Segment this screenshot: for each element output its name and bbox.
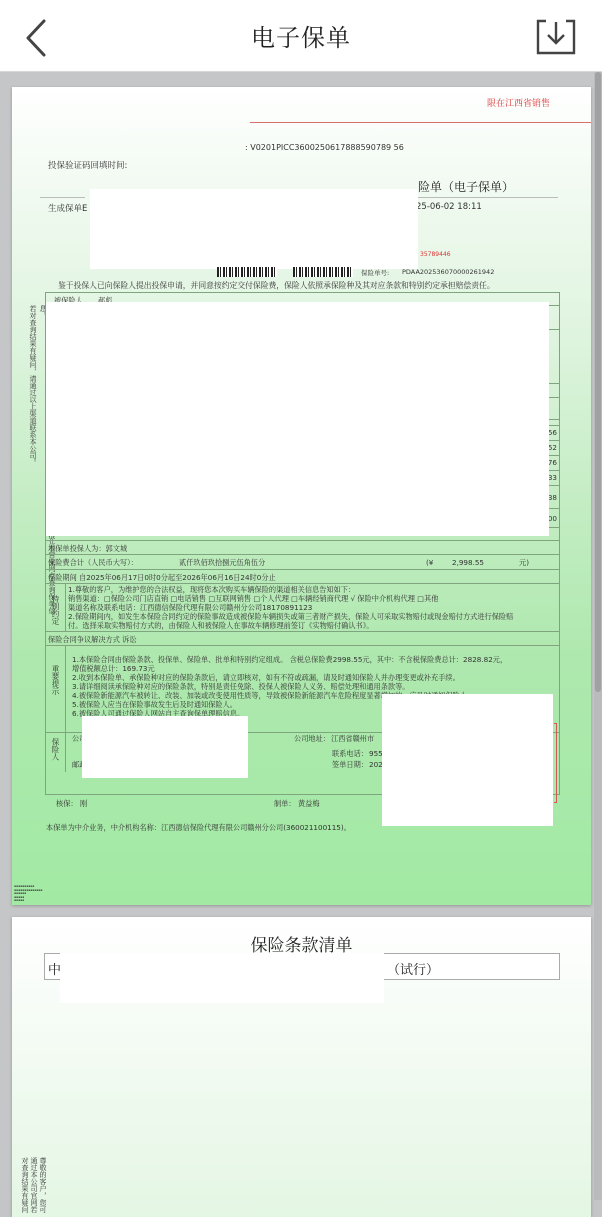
sale-region-note: 限在江西省销售 xyxy=(487,96,550,109)
scrollbar-thumb[interactable] xyxy=(595,72,601,692)
redaction-block xyxy=(60,953,384,1003)
maker-label: 制单： xyxy=(274,799,296,809)
barcode-icon xyxy=(293,267,353,277)
redaction-block xyxy=(46,302,549,536)
underwriter-label: 核保： xyxy=(56,799,78,809)
broker-line: 本保单为中介业务，中介机构名称：江西德信保险代理有限公司赣州分公司(360021… xyxy=(46,823,351,833)
clause-list-page: 保险条款清单 中 （试行） 尊敬的客户，您可通过本公司官网若对查询结果有疑问 xyxy=(12,917,591,1200)
verify-code: : V0201PICC3600250617888590789 56 xyxy=(245,143,404,152)
redaction-block xyxy=(90,189,418,269)
barcode-icon xyxy=(217,267,277,277)
download-icon[interactable] xyxy=(536,19,576,55)
header-divider xyxy=(250,122,591,123)
page-title: 电子保单 xyxy=(0,18,602,53)
stamp-edge xyxy=(554,723,557,803)
policy-number: PDAA202536070000261942 xyxy=(402,268,494,276)
clause-row-right: （试行） xyxy=(387,959,439,978)
document-title: 险单（电子保单） xyxy=(418,178,514,195)
title-underline-left xyxy=(40,197,85,198)
verify-time-label: 投保验证码回填时间: xyxy=(48,159,127,171)
title-underline xyxy=(416,197,558,198)
side-note-a: 若对查询结果有疑问，请通过以上渠道联系本公司。 xyxy=(28,305,37,625)
maker-name: 黄益梅 xyxy=(298,799,320,809)
red-serial-number: 35789446 xyxy=(420,251,451,258)
generated-time: 25-06-02 18:11 xyxy=(416,202,482,212)
side-note: 尊敬的客户，您可通过本公司官网若对查询结果有疑问 xyxy=(20,1157,47,1200)
footer-microprint: ▪▪▪▪▪▪▪▪▪▪▪▪▪▪▪▪▪▪▪▪▪▪▪▪▪▪▪▪▪▪▪▪▪▪▪▪▪▪▪▪ xyxy=(14,885,42,903)
redaction-block xyxy=(82,716,248,778)
preamble-text: 鉴于投保人已向保险人提出投保申请，并同意按约定交付保险费，保险人依照承保险种及其… xyxy=(58,280,495,291)
policy-no-label: 保险单号: xyxy=(361,268,389,277)
generated-label: 生成保单E xyxy=(48,202,87,214)
underwriter-name: 刚 xyxy=(80,799,87,809)
scrollbar[interactable] xyxy=(594,72,602,1200)
policy-page: 限在江西省销售 : V0201PICC3600250617888590789 5… xyxy=(12,87,591,905)
navigation-bar: 电子保单 xyxy=(0,0,602,72)
redaction-block xyxy=(382,694,553,826)
